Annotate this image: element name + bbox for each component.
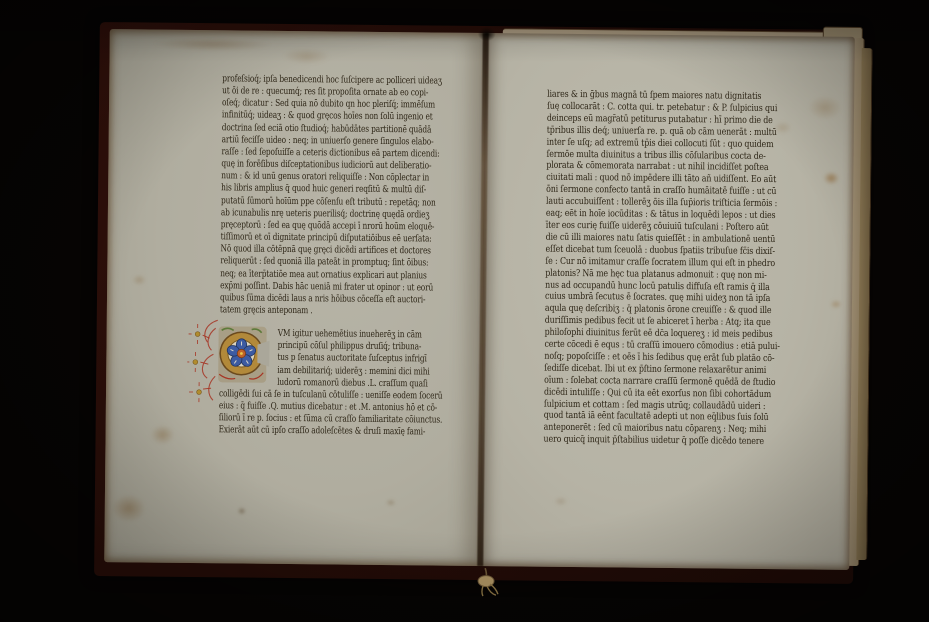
paragraph-2-full-width: colligēdi ſui cā ſe in tuſculanū cōtuliſ… [219,388,455,439]
gutter-shadow-top [478,27,496,41]
initial-letter-C-icon [217,324,270,387]
thread-tassel-icon [467,568,507,604]
paragraph-1: profeſsioq́; ipſa benedicendi hoc ſuſcip… [220,73,458,319]
photo-of-open-book: profeſsioq́; ipſa benedicendi hoc ſuſcip… [0,0,929,622]
text-line: tatem gręcis anteponam . [220,304,456,319]
illuminated-initial [217,324,270,387]
right-text-column: liares & in ḡbus magnā tū ſpem maiores n… [543,89,808,449]
penwork-flourish-icon [187,314,222,410]
text-line: Exierāt aūt cū ipſo craſſo adoleſcētes &… [219,425,455,440]
book: profeſsioq́; ipſa benedicendi hoc ſuſcip… [0,0,929,622]
